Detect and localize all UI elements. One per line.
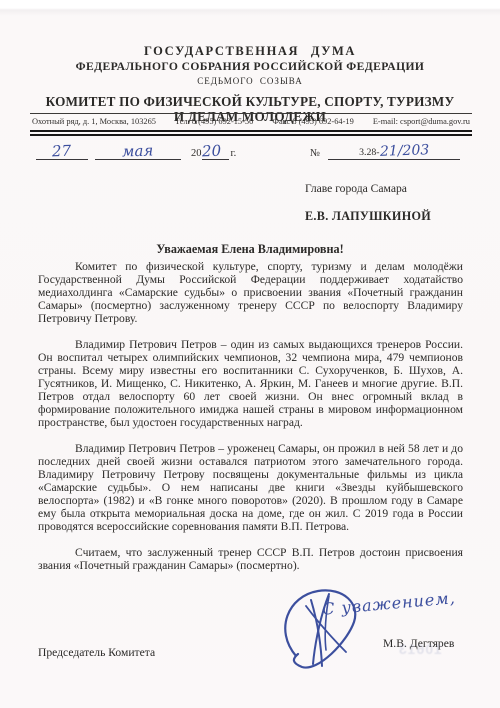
divider-rule-bottom: [30, 134, 472, 136]
paragraph-conclusion: Считаем, что заслуженный тренер СССР В.П…: [38, 546, 463, 572]
handwritten-number-part: 21/203: [379, 142, 429, 160]
contact-fax: Факс 8 (495) 692-64-19: [272, 117, 353, 126]
date-field: 27 мая 20 20 г.: [36, 144, 236, 160]
salutation: Уважаемая Елена Владимировна!: [0, 242, 500, 257]
contact-email: E-mail: csport@duma.gov.ru: [373, 117, 470, 126]
addressee-block: Главе города Самара Е.В. ЛАПУШКИНОЙ: [305, 182, 431, 224]
paragraph-support: Комитет по физической культуре, спорту, …: [38, 260, 463, 325]
addressee-name: Е.В. ЛАПУШКИНОЙ: [305, 209, 431, 224]
paragraph-achievements: Владимир Петрович Петров – один из самых…: [38, 338, 463, 429]
contact-address: Охотный ряд, д. 1, Москва, 103265: [32, 117, 156, 126]
number-field: № 3.28-21/203: [310, 143, 460, 160]
org-name-line2: ФЕДЕРАЛЬНОГО СОБРАНИЯ РОССИЙСКОЙ ФЕДЕРАЦ…: [0, 60, 500, 73]
date-month-field: мая: [95, 144, 181, 160]
org-name-line3: СЕДЬМОГО СОЗЫВА: [0, 76, 500, 86]
number-sign: №: [310, 148, 320, 160]
year-prefix-printed: 20: [191, 148, 202, 160]
date-day-field: 27: [36, 144, 88, 160]
year-suffix: г.: [231, 148, 237, 160]
letter-body: Комитет по физической культуре, спорту, …: [38, 260, 463, 585]
signer-position: Председатель Комитета: [38, 646, 155, 659]
committee-name-line1: КОМИТЕТ ПО ФИЗИЧЕСКОЙ КУЛЬТУРЕ, СПОРТУ, …: [0, 95, 500, 110]
contact-row: Охотный ряд, д. 1, Москва, 103265 Тел. 8…: [30, 113, 472, 128]
divider-rule-top: [30, 130, 472, 132]
org-name-line1: ГОСУДАРСТВЕННАЯ ДУМА: [0, 44, 500, 59]
letterhead: ГОСУДАРСТВЕННАЯ ДУМА ФЕДЕРАЛЬНОГО СОБРАН…: [0, 44, 500, 124]
number-printed-part: 3.28-: [359, 147, 379, 158]
date-number-line: 27 мая 20 20 г. № 3.28-21/203: [36, 138, 460, 160]
paragraph-biography: Владимир Петрович Петров – уроженец Сама…: [38, 442, 463, 533]
date-year-field: 20: [202, 144, 229, 160]
contact-phone: Тел. 8 (495) 692-15-50: [175, 117, 253, 126]
contact-bar: Охотный ряд, д. 1, Москва, 103265 Тел. 8…: [30, 113, 472, 136]
handwritten-year: 20: [201, 144, 221, 160]
bleed-through-number: 10613: [398, 641, 442, 657]
handwritten-month: мая: [122, 143, 154, 159]
number-value-field: 3.28-21/203: [328, 143, 460, 160]
addressee-title: Главе города Самара: [305, 182, 431, 195]
handwritten-day: 27: [52, 144, 72, 160]
scanned-letter-page: ГОСУДАРСТВЕННАЯ ДУМА ФЕДЕРАЛЬНОГО СОБРАН…: [0, 0, 500, 708]
